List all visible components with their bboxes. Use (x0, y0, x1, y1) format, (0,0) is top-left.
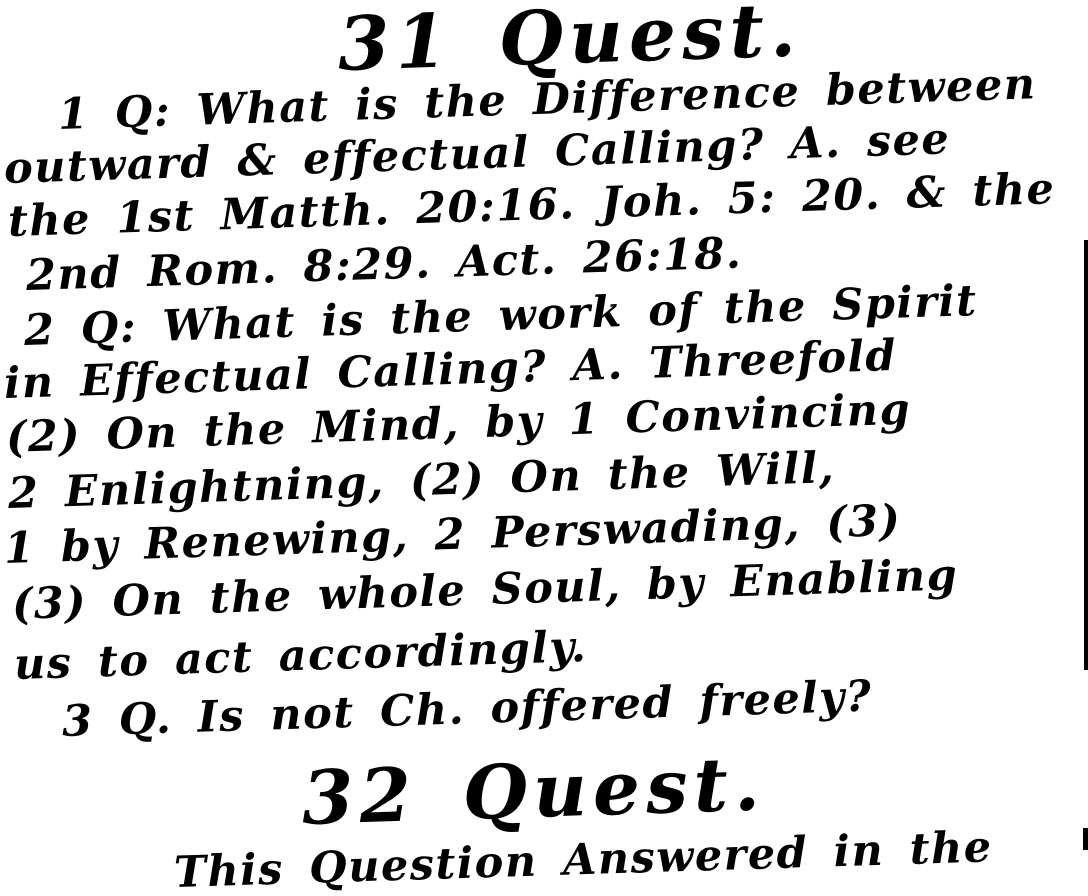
scan-edge-artifact (1083, 828, 1088, 850)
section-heading-quest-32: 32 Quest. (301, 741, 767, 842)
manuscript-line: This Question Answered in the (173, 822, 993, 896)
scan-edge-artifact (1084, 240, 1088, 670)
manuscript-page: 31 Quest. 1 Q: What is the Difference be… (0, 0, 1088, 896)
manuscript-line: us to act accordingly. (13, 622, 588, 690)
